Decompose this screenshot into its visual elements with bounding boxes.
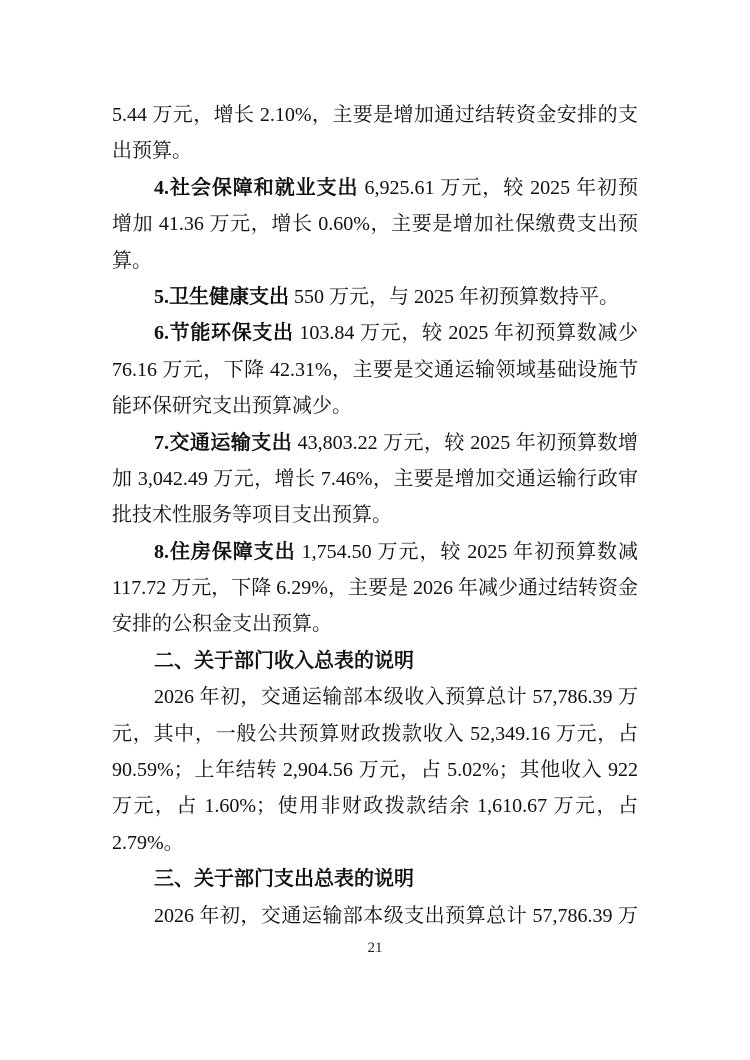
text-segment: 能环保研究支出预算减少。 xyxy=(112,395,352,417)
text-segment: 2.79%。 xyxy=(112,832,184,854)
page-number: 21 xyxy=(0,938,750,958)
text-line: 4.社会保障和就业支出 6,925.61 万元，较 2025 年初预算 xyxy=(112,170,638,206)
section-heading: 三、关于部门支出总表的说明 xyxy=(112,861,638,897)
text-line: 批技术性服务等项目支出预算。 xyxy=(112,497,638,533)
text-segment: 5.44 万元，增长 2.10%，主要是增加通过结转资金安排的支 xyxy=(112,104,638,126)
section-heading: 二、关于部门收入总表的说明 xyxy=(112,643,638,679)
text-segment: 550 万元，与 2025 年初预算数持平。 xyxy=(289,286,619,308)
text-segment: 7.交通运输支出 xyxy=(154,432,292,454)
text-line: 算。 xyxy=(112,243,638,279)
text-segment: 2026 年初，交通运输部本级支出预算总计 57,786.39 万 xyxy=(154,905,638,927)
text-line: 90.59%；上年结转 2,904.56 万元，占 5.02%；其他收入 922 xyxy=(112,752,638,788)
text-line: 出预算。 xyxy=(112,133,638,169)
text-segment: 8.住房保障支出 xyxy=(154,541,296,563)
text-segment: 出预算。 xyxy=(112,140,192,162)
text-line: 增加 41.36 万元，增长 0.60%，主要是增加社保缴费支出预 xyxy=(112,206,638,242)
text-segment: 三、关于部门支出总表的说明 xyxy=(154,868,414,890)
text-segment: 算。 xyxy=(112,250,152,272)
text-segment: 4.社会保障和就业支出 xyxy=(154,177,359,199)
text-line: 2026 年初，交通运输部本级收入预算总计 57,786.39 万 xyxy=(112,679,638,715)
text-line: 加 3,042.49 万元，增长 7.46%，主要是增加交通运输行政审 xyxy=(112,461,638,497)
text-segment: 万元，占 1.60%；使用非财政拨款结余 1,610.67 万元，占 xyxy=(112,795,638,817)
document-page: 5.44 万元，增长 2.10%，主要是增加通过结转资金安排的支出预算。4.社会… xyxy=(0,0,750,1060)
text-line: 安排的公积金支出预算。 xyxy=(112,606,638,642)
text-line: 76.16 万元，下降 42.31%，主要是交通运输领域基础设施节 xyxy=(112,352,638,388)
text-segment: 2026 年初，交通运输部本级收入预算总计 57,786.39 万 xyxy=(154,686,638,708)
text-segment: 二、关于部门收入总表的说明 xyxy=(154,650,414,672)
text-line: 5.44 万元，增长 2.10%，主要是增加通过结转资金安排的支 xyxy=(112,97,638,133)
text-line: 7.交通运输支出 43,803.22 万元，较 2025 年初预算数增 xyxy=(112,425,638,461)
text-segment: 元，其中，一般公共预算财政拨款收入 52,349.16 万元，占 xyxy=(112,723,638,745)
text-line: 2.79%。 xyxy=(112,825,638,861)
text-line: 万元，占 1.60%；使用非财政拨款结余 1,610.67 万元，占 xyxy=(112,788,638,824)
text-segment: 6.节能环保支出 xyxy=(154,322,294,344)
text-segment: 5.卫生健康支出 xyxy=(154,286,289,308)
text-segment: 安排的公积金支出预算。 xyxy=(112,613,332,635)
text-line: 2026 年初，交通运输部本级支出预算总计 57,786.39 万 xyxy=(112,898,638,934)
text-line: 8.住房保障支出 1,754.50 万元，较 2025 年初预算数减少 xyxy=(112,534,638,570)
document-body: 5.44 万元，增长 2.10%，主要是增加通过结转资金安排的支出预算。4.社会… xyxy=(112,97,638,934)
text-line: 5.卫生健康支出 550 万元，与 2025 年初预算数持平。 xyxy=(112,279,638,315)
text-line: 117.72 万元，下降 6.29%，主要是 2026 年减少通过结转资金 xyxy=(112,570,638,606)
text-segment: 43,803.22 万元，较 2025 年初预算数增 xyxy=(292,432,638,454)
text-line: 6.节能环保支出 103.84 万元，较 2025 年初预算数减少 xyxy=(112,315,638,351)
text-line: 能环保研究支出预算减少。 xyxy=(112,388,638,424)
text-segment: 增加 41.36 万元，增长 0.60%，主要是增加社保缴费支出预 xyxy=(112,213,638,235)
text-line: 元，其中，一般公共预算财政拨款收入 52,349.16 万元，占 xyxy=(112,716,638,752)
text-segment: 批技术性服务等项目支出预算。 xyxy=(112,504,392,526)
text-segment: 117.72 万元，下降 6.29%，主要是 2026 年减少通过结转资金 xyxy=(112,577,638,599)
text-segment: 加 3,042.49 万元，增长 7.46%，主要是增加交通运输行政审 xyxy=(112,468,638,490)
text-segment: 103.84 万元，较 2025 年初预算数减少 xyxy=(294,322,638,344)
text-segment: 76.16 万元，下降 42.31%，主要是交通运输领域基础设施节 xyxy=(112,359,638,381)
text-segment: 90.59%；上年结转 2,904.56 万元，占 5.02%；其他收入 922 xyxy=(112,759,638,781)
